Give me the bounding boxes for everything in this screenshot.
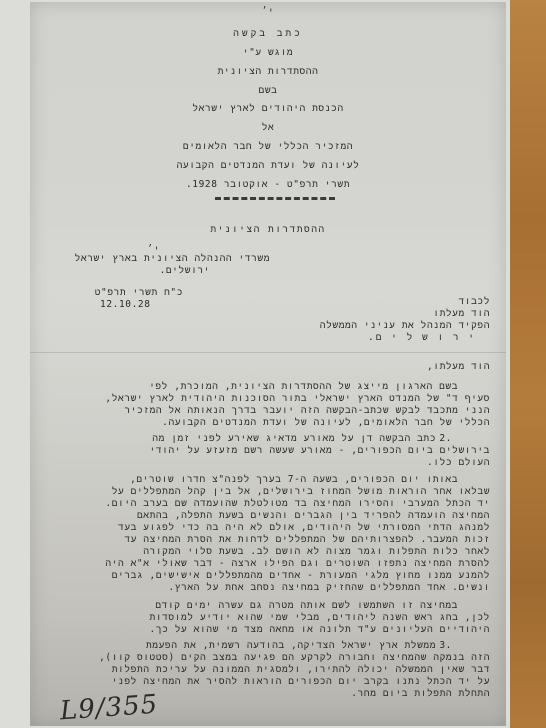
paragraph-1-line-4: הכללי של חבר הלאומים, לעיונה של ועדת המנ…: [162, 417, 490, 429]
submitted-by-label: מוגש ע"י: [30, 47, 506, 59]
paragraph-2b-line-3: יד הכתל המערבי והסירו המחיצה בד מטולטלת …: [105, 498, 490, 510]
recipient-position: הפקיד המנהל את עניני הממשלה: [320, 320, 490, 332]
paragraph-2-line-3: העולם כלו.: [427, 457, 490, 469]
paragraph-3-line-4: על יד הכתל נתנו בקרב יום הכפורים הוראות …: [112, 676, 490, 688]
paragraph-2c-line-3: היהודיים העליונים ע"ד תלונה או מחאה מצד …: [150, 624, 490, 636]
submitting-organization: ההסתדרות הציונית: [30, 66, 506, 78]
paragraph-2b-line-6: זכות המעבר. להפצרותיהם של המתפללים לדחות…: [124, 534, 490, 546]
recipient-city: י ר ו ש ל י ם.: [368, 332, 476, 344]
paragraph-3-line-5: התחלת התפלות ביום מחר.: [351, 688, 490, 700]
sender-hebrew-date: כ"ח תשרי תרפ"ט: [95, 287, 183, 299]
community-name: הכנסת היהודים לארץ ישראל: [30, 103, 506, 115]
paragraph-1-line-1: בשם הארגון מייצג של ההסתדרות הציונית, המ…: [149, 381, 458, 393]
paragraph-2b-line-5: למנהג הדתי המסורתי של היהודים, אולם לא ה…: [118, 522, 490, 534]
page-number: י׳: [30, 6, 506, 18]
paragraph-2b-line-8: להסרת המחיצה נתפזו השוטרים וגם הפילו ארצ…: [105, 558, 490, 570]
sender-office: משרדי ההנהלה הציונית בארץ ישראל: [75, 253, 270, 265]
header-date: תשרי תרפ"ט - אוקטובר 1928.: [30, 179, 506, 191]
recipient-title: הוד מעלתו: [433, 308, 490, 320]
paragraph-3-line-3: דבר שאין הממשלה יכולה להתירו, ולמסגית המ…: [112, 664, 490, 676]
page-fold-line: [30, 352, 506, 353]
paragraph-3-line-1: ממשלת ארץ ישראל הצדיקה, בהודעה רשמית, את…: [146, 640, 436, 652]
paragraph-3-number: 3.: [439, 640, 452, 652]
addressee: המזכיר הכללי של חבר הלאומים: [30, 141, 506, 153]
sender-city: ירושלים.: [160, 265, 210, 277]
paragraph-2b-line-2: שבלאו אחר הוראות מושל המחוז בירושלים, אל…: [112, 486, 490, 498]
paragraph-1-line-2: סעיף ד" של המנדט הארץ ישראלי בתור הסוכנו…: [105, 393, 490, 405]
separator-line: [215, 197, 335, 200]
paragraph-2b-line-9: להמנע ממנו מחוץ מלגי המעורת - אחדים מהמת…: [112, 570, 490, 582]
paragraph-2c-line-1: במחיצה זו השתמשו לשם אותה מטרה גם עשרה י…: [155, 600, 458, 612]
paragraph-2-line-2: בירושלים ביום הכפורים, - מאורע שעשה רשם …: [150, 445, 490, 457]
paragraph-1-line-3: הנני מתכבד לבקש שכתב-הבקשה הזה יועבר בדר…: [124, 405, 490, 417]
to-label: אל: [30, 122, 506, 134]
paragraph-2-line-1: כתב הבקשה דן על מאורע מדאיג שאירע לפני ז…: [152, 433, 436, 445]
wooden-table-edge: [510, 0, 546, 728]
paragraph-2-number: 2.: [439, 433, 452, 445]
document-title: כתב בקשה: [30, 28, 506, 40]
paragraph-2b-line-7: לאחר כלות התפלות וגמר מצוה לא הושם לב. ב…: [143, 546, 490, 558]
sender-organization: ההסתדרות הציונית: [30, 224, 506, 236]
sender-date: 12.10.28: [100, 299, 151, 311]
recipient-salutation: לכבוד: [458, 296, 490, 308]
paragraph-3-line-2: הזה בנמקה שהמחיצה וחבורה לקרקע הם פגיעה …: [99, 652, 490, 664]
paragraph-2b-line-4: המחיצה הועמדה להפריד בין הגברים והנשים ב…: [137, 510, 490, 522]
purpose: לעיונה של ועדת המנדטים הקבועה: [30, 160, 506, 172]
paragraph-2b-line-10: ונשים. אחד המתפללים שהחזיק במחיצה נסחב א…: [168, 582, 490, 594]
greeting: הוד מעלתו,: [427, 361, 490, 373]
in-name-of-label: בשם: [30, 85, 506, 97]
paragraph-2c-line-2: לכן, בחג ראש השנה ליהודים, מבלי שמי שהוא…: [150, 612, 490, 624]
paragraph-2b-line-1: באותו יום הכפורים, בשעה ה-7 בערך לפנה"צ …: [130, 474, 458, 486]
